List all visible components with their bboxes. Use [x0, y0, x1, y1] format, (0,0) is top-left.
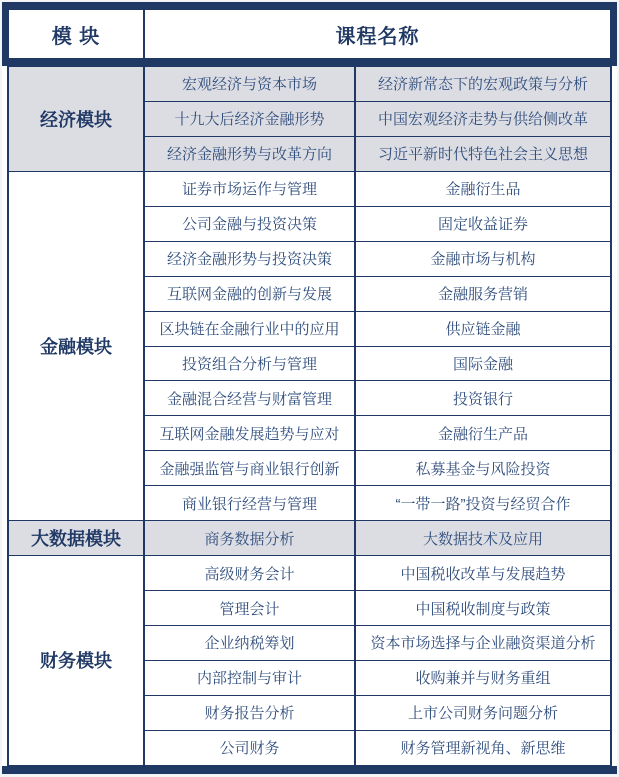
course-cell: 宏观经济与资本市场: [144, 67, 355, 102]
course-cell: 中国税收制度与政策: [355, 591, 611, 626]
table-body-wrap: 经济模块宏观经济与资本市场经济新常态下的宏观政策与分析十九大后经济金融形势中国宏…: [7, 66, 612, 766]
course-cell: 金融市场与机构: [355, 241, 611, 276]
module-cell-finance: 金融模块: [8, 171, 144, 520]
course-cell: 财务管理新视角、新思维: [355, 730, 611, 765]
module-cell-economics: 经济模块: [8, 67, 144, 172]
course-cell: 十九大后经济金融形势: [144, 101, 355, 136]
course-cell: 投资组合分析与管理: [144, 346, 355, 381]
module-cell-bigdata: 大数据模块: [8, 521, 144, 556]
course-table-page: 模 块 课程名称 经济模块宏观经济与资本市场经济新常态下的宏观政策与分析十九大后…: [0, 0, 619, 777]
course-cell: 高级财务会计: [144, 556, 355, 591]
course-cell: 公司金融与投资决策: [144, 206, 355, 241]
course-cell: 中国宏观经济走势与供给侧改革: [355, 101, 611, 136]
table-row: 大数据模块商务数据分析大数据技术及应用: [8, 521, 611, 556]
course-cell: 经济新常态下的宏观政策与分析: [355, 67, 611, 102]
course-cell: 国际金融: [355, 346, 611, 381]
course-cell: 上市公司财务问题分析: [355, 695, 611, 730]
course-cell: 供应链金融: [355, 311, 611, 346]
table-row: 金融模块证券市场运作与管理金融衍生品: [8, 171, 611, 206]
table-header-row: 模 块 课程名称: [2, 2, 617, 66]
course-cell: 经济金融形势与改革方向: [144, 136, 355, 171]
module-column-header: 模 块: [9, 10, 145, 58]
course-table: 模 块 课程名称 经济模块宏观经济与资本市场经济新常态下的宏观政策与分析十九大后…: [2, 2, 617, 774]
course-column-header: 课程名称: [145, 10, 610, 58]
course-cell: 经济金融形势与投资决策: [144, 241, 355, 276]
course-cell: 投资银行: [355, 381, 611, 416]
course-table-body: 经济模块宏观经济与资本市场经济新常态下的宏观政策与分析十九大后经济金融形势中国宏…: [8, 67, 611, 766]
course-cell: 财务报告分析: [144, 695, 355, 730]
course-cell: 互联网金融的创新与发展: [144, 276, 355, 311]
course-cell: 企业纳税筹划: [144, 626, 355, 661]
table-row: 经济模块宏观经济与资本市场经济新常态下的宏观政策与分析: [8, 67, 611, 102]
bottom-border-bar: [2, 766, 617, 774]
course-cell: 中国税收改革与发展趋势: [355, 556, 611, 591]
course-cell: 互联网金融发展趋势与应对: [144, 416, 355, 451]
course-cell: 金融混合经营与财富管理: [144, 381, 355, 416]
course-cell: 内部控制与审计: [144, 660, 355, 695]
course-cell: 习近平新时代特色社会主义思想: [355, 136, 611, 171]
table-row: 财务模块高级财务会计中国税收改革与发展趋势: [8, 556, 611, 591]
course-grid: 经济模块宏观经济与资本市场经济新常态下的宏观政策与分析十九大后经济金融形势中国宏…: [7, 66, 612, 766]
course-cell: 金融衍生品: [355, 171, 611, 206]
course-cell: 固定收益证券: [355, 206, 611, 241]
course-cell: 商务数据分析: [144, 521, 355, 556]
course-cell: 区块链在金融行业中的应用: [144, 311, 355, 346]
course-cell: 金融服务营销: [355, 276, 611, 311]
course-cell: 公司财务: [144, 730, 355, 765]
course-cell: 收购兼并与财务重组: [355, 660, 611, 695]
course-cell: 证券市场运作与管理: [144, 171, 355, 206]
course-cell: 管理会计: [144, 591, 355, 626]
course-cell: 金融强监管与商业银行创新: [144, 451, 355, 486]
course-cell: 私募基金与风险投资: [355, 451, 611, 486]
course-cell: 商业银行经营与管理: [144, 486, 355, 521]
course-cell: 金融衍生产品: [355, 416, 611, 451]
course-cell: 资本市场选择与企业融资渠道分析: [355, 626, 611, 661]
course-cell: “一带一路”投资与经贸合作: [355, 486, 611, 521]
module-cell-accounting: 财务模块: [8, 556, 144, 766]
course-cell: 大数据技术及应用: [355, 521, 611, 556]
